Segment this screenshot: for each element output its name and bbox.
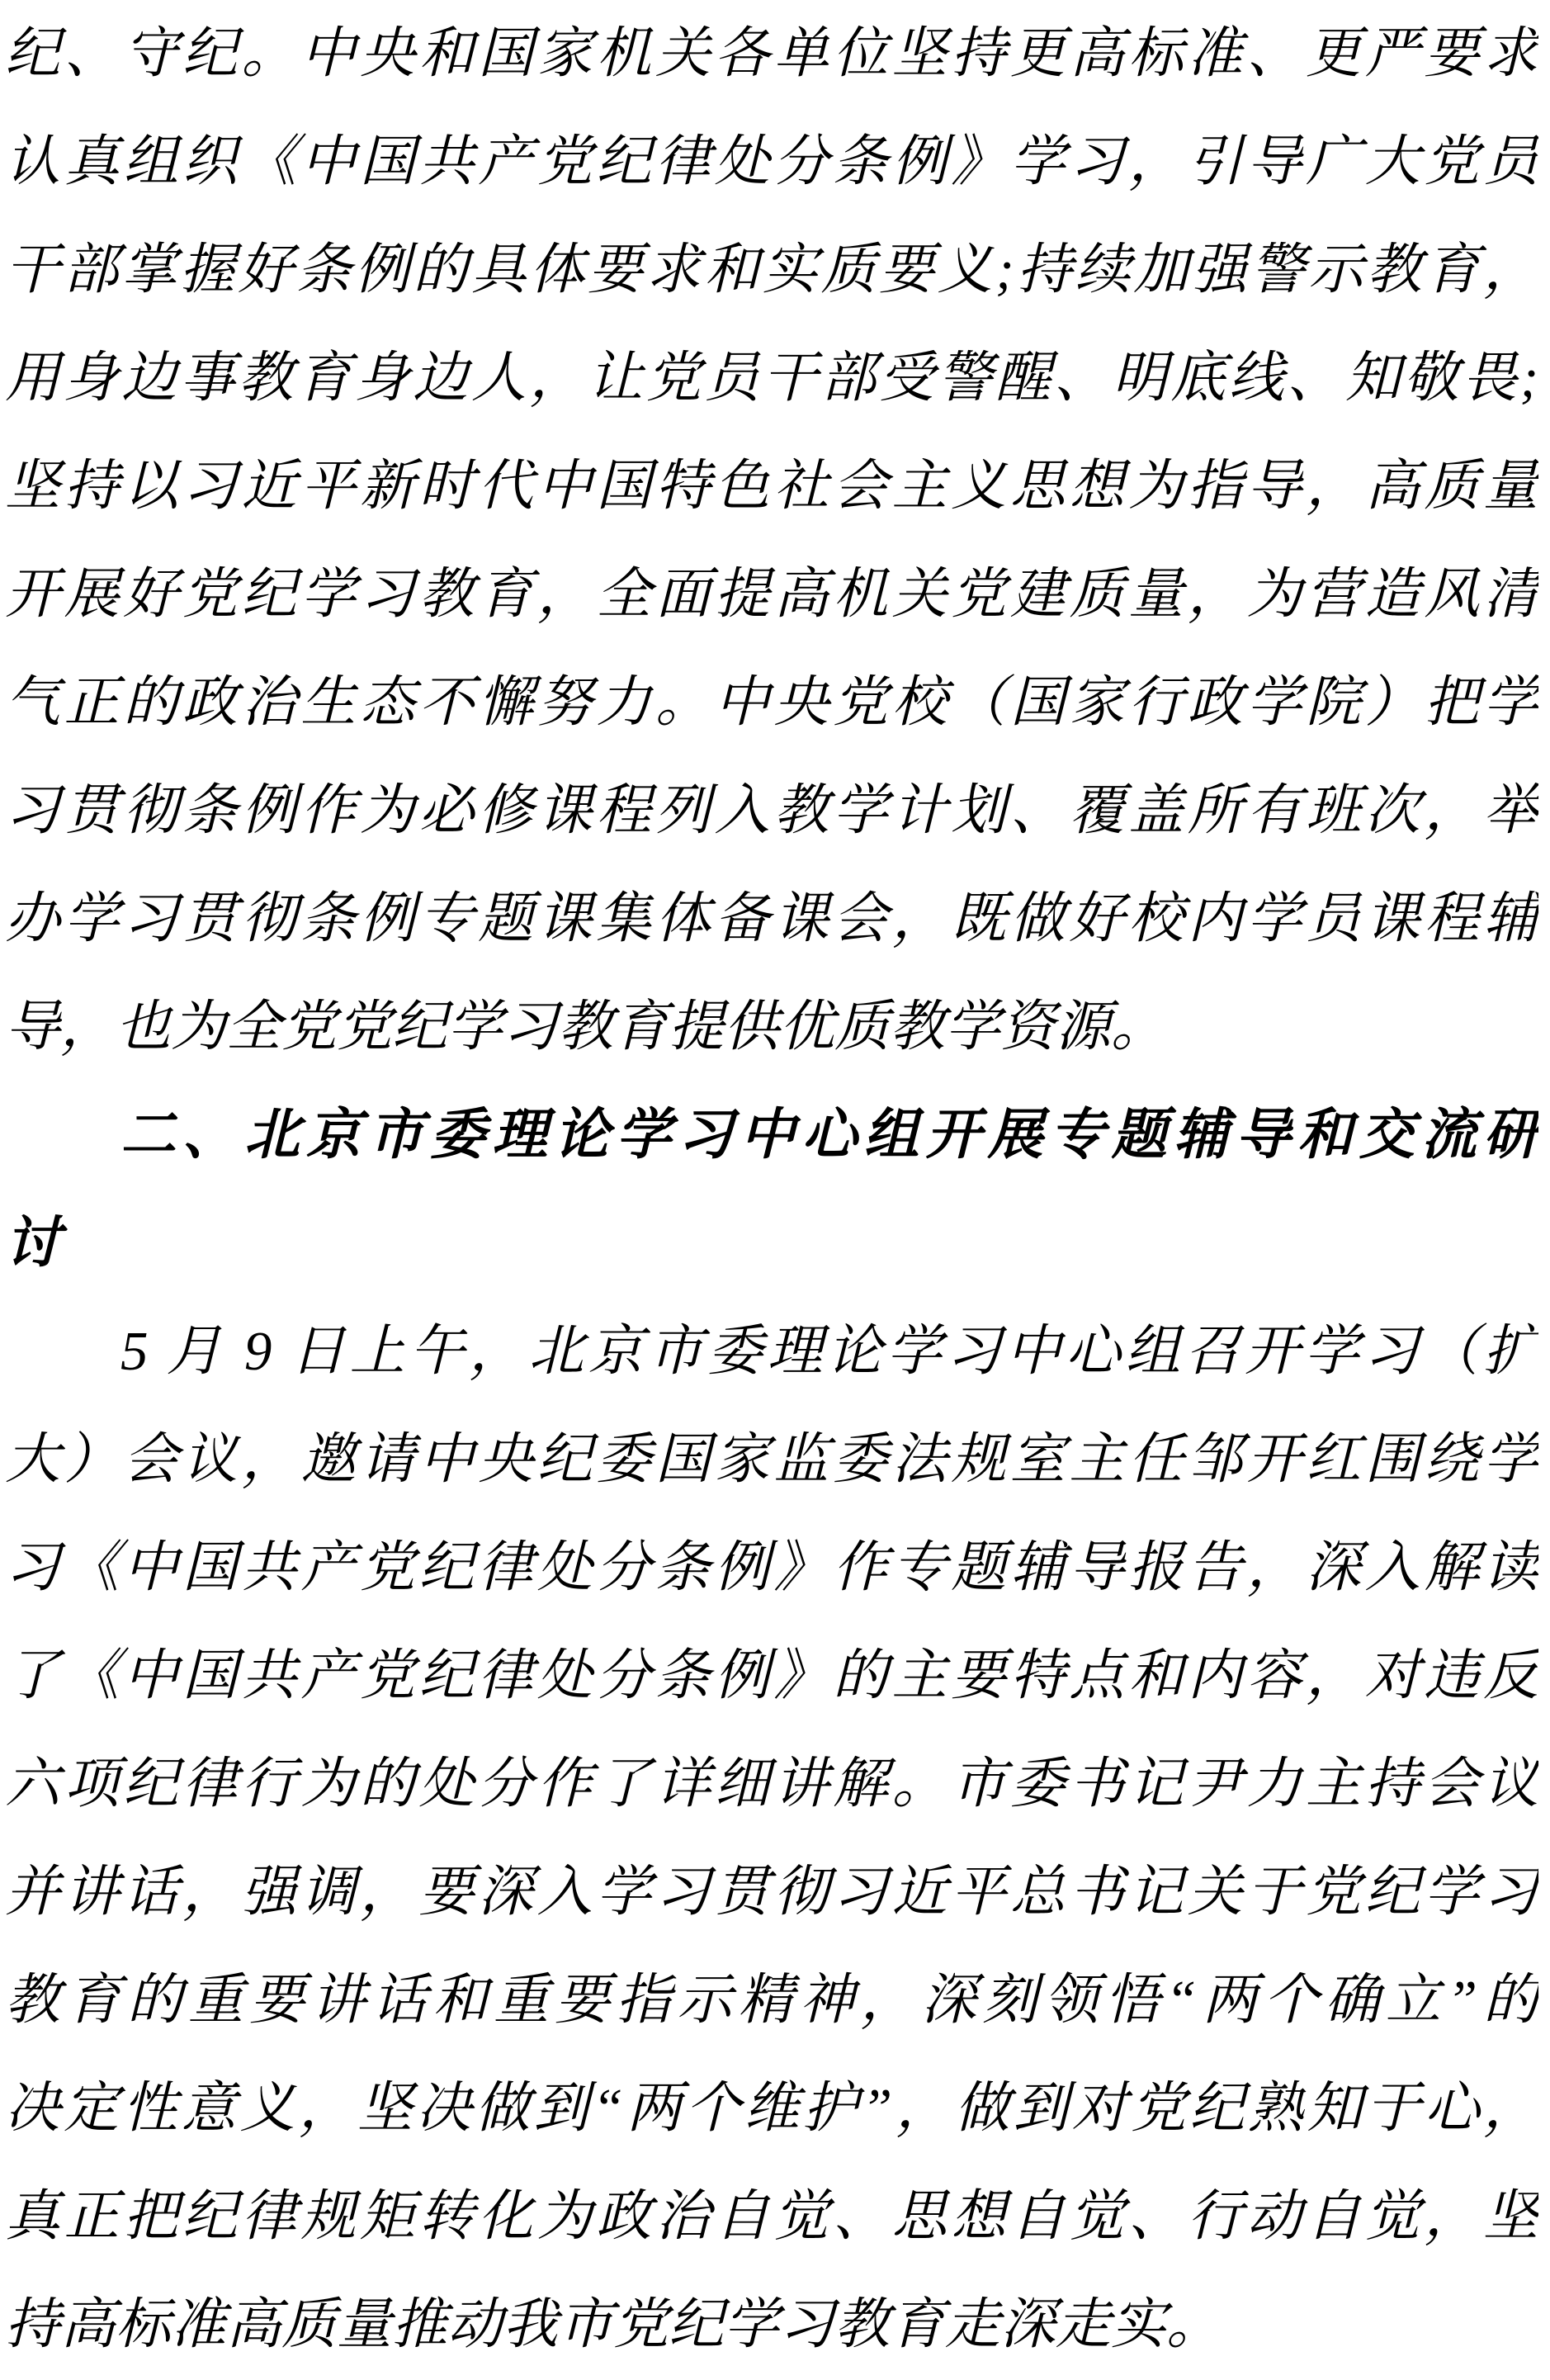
section-heading-line: 讨 (5, 1190, 1538, 1298)
text-line: 并讲话，强调，要深入学习贯彻习近平总书记关于党纪学习 (5, 1838, 1538, 1947)
document-page: 纪、守纪。中央和国家机关各单位坚持更高标准、更严要求 认真组织《中国共产党纪律处… (0, 0, 1550, 2380)
paragraph-end-line: 持高标准高质量推动我市党纪学习教育走深走实。 (5, 2271, 1538, 2379)
text-line: 大）会议，邀请中央纪委国家监委法规室主任邹开红围绕学 (5, 1406, 1538, 1514)
text-line: 5 月 9 日上午，北京市委理论学习中心组召开学习（扩 (5, 1298, 1538, 1406)
text-line: 了《中国共产党纪律处分条例》的主要特点和内容，对违反 (5, 1622, 1538, 1730)
text-line: 认真组织《中国共产党纪律处分条例》学习，引导广大党员 (5, 108, 1538, 216)
text-line: 干部掌握好条例的具体要求和实质要义;持续加强警示教育， (5, 216, 1538, 324)
text-line: 习贯彻条例作为必修课程列入教学计划、覆盖所有班次，举 (5, 757, 1538, 865)
text-line: 教育的重要讲话和重要指示精神，深刻领悟“两个确立”的 (5, 1947, 1538, 2055)
text-line: 办学习贯彻条例专题课集体备课会，既做好校内学员课程辅 (5, 865, 1538, 973)
paragraph-end-line: 导，也为全党党纪学习教育提供优质教学资源。 (5, 973, 1538, 1081)
section-heading-line: 二、北京市委理论学习中心组开展专题辅导和交流研 (5, 1081, 1538, 1190)
text-line: 习《中国共产党纪律处分条例》作专题辅导报告，深入解读 (5, 1514, 1538, 1622)
text-line: 纪、守纪。中央和国家机关各单位坚持更高标准、更严要求 (5, 0, 1538, 108)
text-line: 气正的政治生态不懈努力。中央党校（国家行政学院）把学 (5, 649, 1538, 757)
text-line: 坚持以习近平新时代中国特色社会主义思想为指导，高质量 (5, 433, 1538, 541)
text-line: 用身边事教育身边人，让党员干部受警醒、明底线、知敬畏; (5, 324, 1538, 433)
text-line: 六项纪律行为的处分作了详细讲解。市委书记尹力主持会议 (5, 1730, 1538, 1838)
text-line: 开展好党纪学习教育，全面提高机关党建质量，为营造风清 (5, 541, 1538, 649)
text-line: 真正把纪律规矩转化为政治自觉、思想自觉、行动自觉，坚 (5, 2163, 1538, 2271)
text-line: 决定性意义，坚决做到“两个维护”，做到对党纪熟知于心， (5, 2055, 1538, 2163)
